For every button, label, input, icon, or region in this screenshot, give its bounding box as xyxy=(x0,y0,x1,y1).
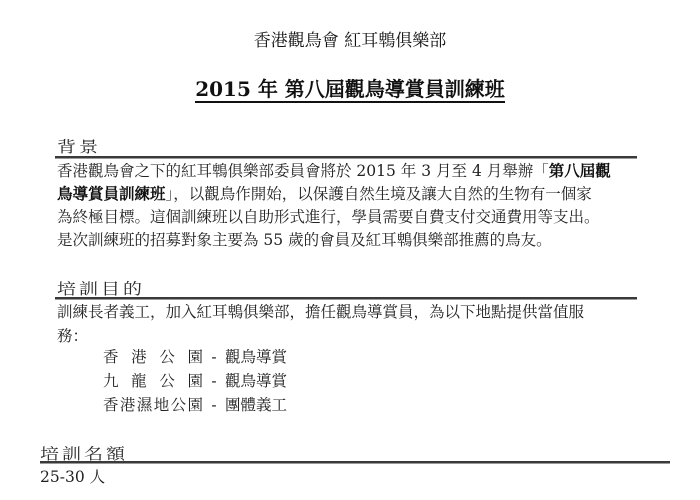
background-line-1: 香港觀鳥會之下的紅耳鵯俱樂部委員會將於 2015 年 3 月至 4 月舉辦「第八… xyxy=(57,160,611,182)
text-segment: 」，以觀鳥作開始，以保護自然生境及讓大自然的生物有一個家 xyxy=(166,185,592,203)
section-divider xyxy=(55,156,637,159)
course-name-bold: 鳥導賞員訓練班 xyxy=(57,184,166,203)
objectives-line-2: 務： xyxy=(57,325,88,347)
background-line-2: 鳥導賞員訓練班」，以觀鳥作開始，以保護自然生境及讓大自然的生物有一個家 xyxy=(57,183,592,205)
location-list-item: 香港濕地公園 - 團體義工 xyxy=(103,394,287,416)
text-segment: 香港觀鳥會之下的紅耳鵯俱樂部委員會將於 2015 年 3 月至 4 月舉辦「 xyxy=(57,162,549,180)
location-name: 九龍公園 xyxy=(103,370,203,392)
location-name: 香港公園 xyxy=(103,346,203,368)
section-heading-objectives: 培訓目的 xyxy=(57,280,145,298)
duty-role: 觀鳥導賞 xyxy=(225,346,287,368)
page-title: 2015 年 第八屆觀鳥導賞員訓練班 xyxy=(0,76,700,102)
organization-title: 香港觀鳥會 紅耳鵯俱樂部 xyxy=(0,30,700,52)
quota-value: 25-30 人 xyxy=(40,466,105,488)
background-line-3: 為終極目標。這個訓練班以自助形式進行，學員需要自費支付交通費用等支出。 xyxy=(57,206,600,228)
duty-role: 觀鳥導賞 xyxy=(225,370,287,392)
section-heading-background: 背景 xyxy=(57,138,101,156)
page-title-text: 2015 年 第八屆觀鳥導賞員訓練班 xyxy=(195,77,505,103)
objectives-line-1: 訓練長者義工，加入紅耳鵯俱樂部，擔任觀鳥導賞員，為以下地點提供當值服 xyxy=(57,301,584,323)
section-divider xyxy=(40,461,670,464)
location-list-item: 香港公園 - 觀鳥導賞 xyxy=(103,346,287,368)
dash-separator: - xyxy=(203,346,225,368)
dash-separator: - xyxy=(203,370,225,392)
dash-separator: - xyxy=(203,394,225,416)
duty-role: 團體義工 xyxy=(225,394,287,416)
background-line-4: 是次訓練班的招募對象主要為 55 歲的會員及紅耳鵯俱樂部推薦的鳥友。 xyxy=(57,229,552,251)
section-divider xyxy=(55,297,637,300)
location-list-item: 九龍公園 - 觀鳥導賞 xyxy=(103,370,287,392)
course-name-bold: 第八屆觀 xyxy=(549,161,611,180)
location-name: 香港濕地公園 xyxy=(103,394,203,416)
